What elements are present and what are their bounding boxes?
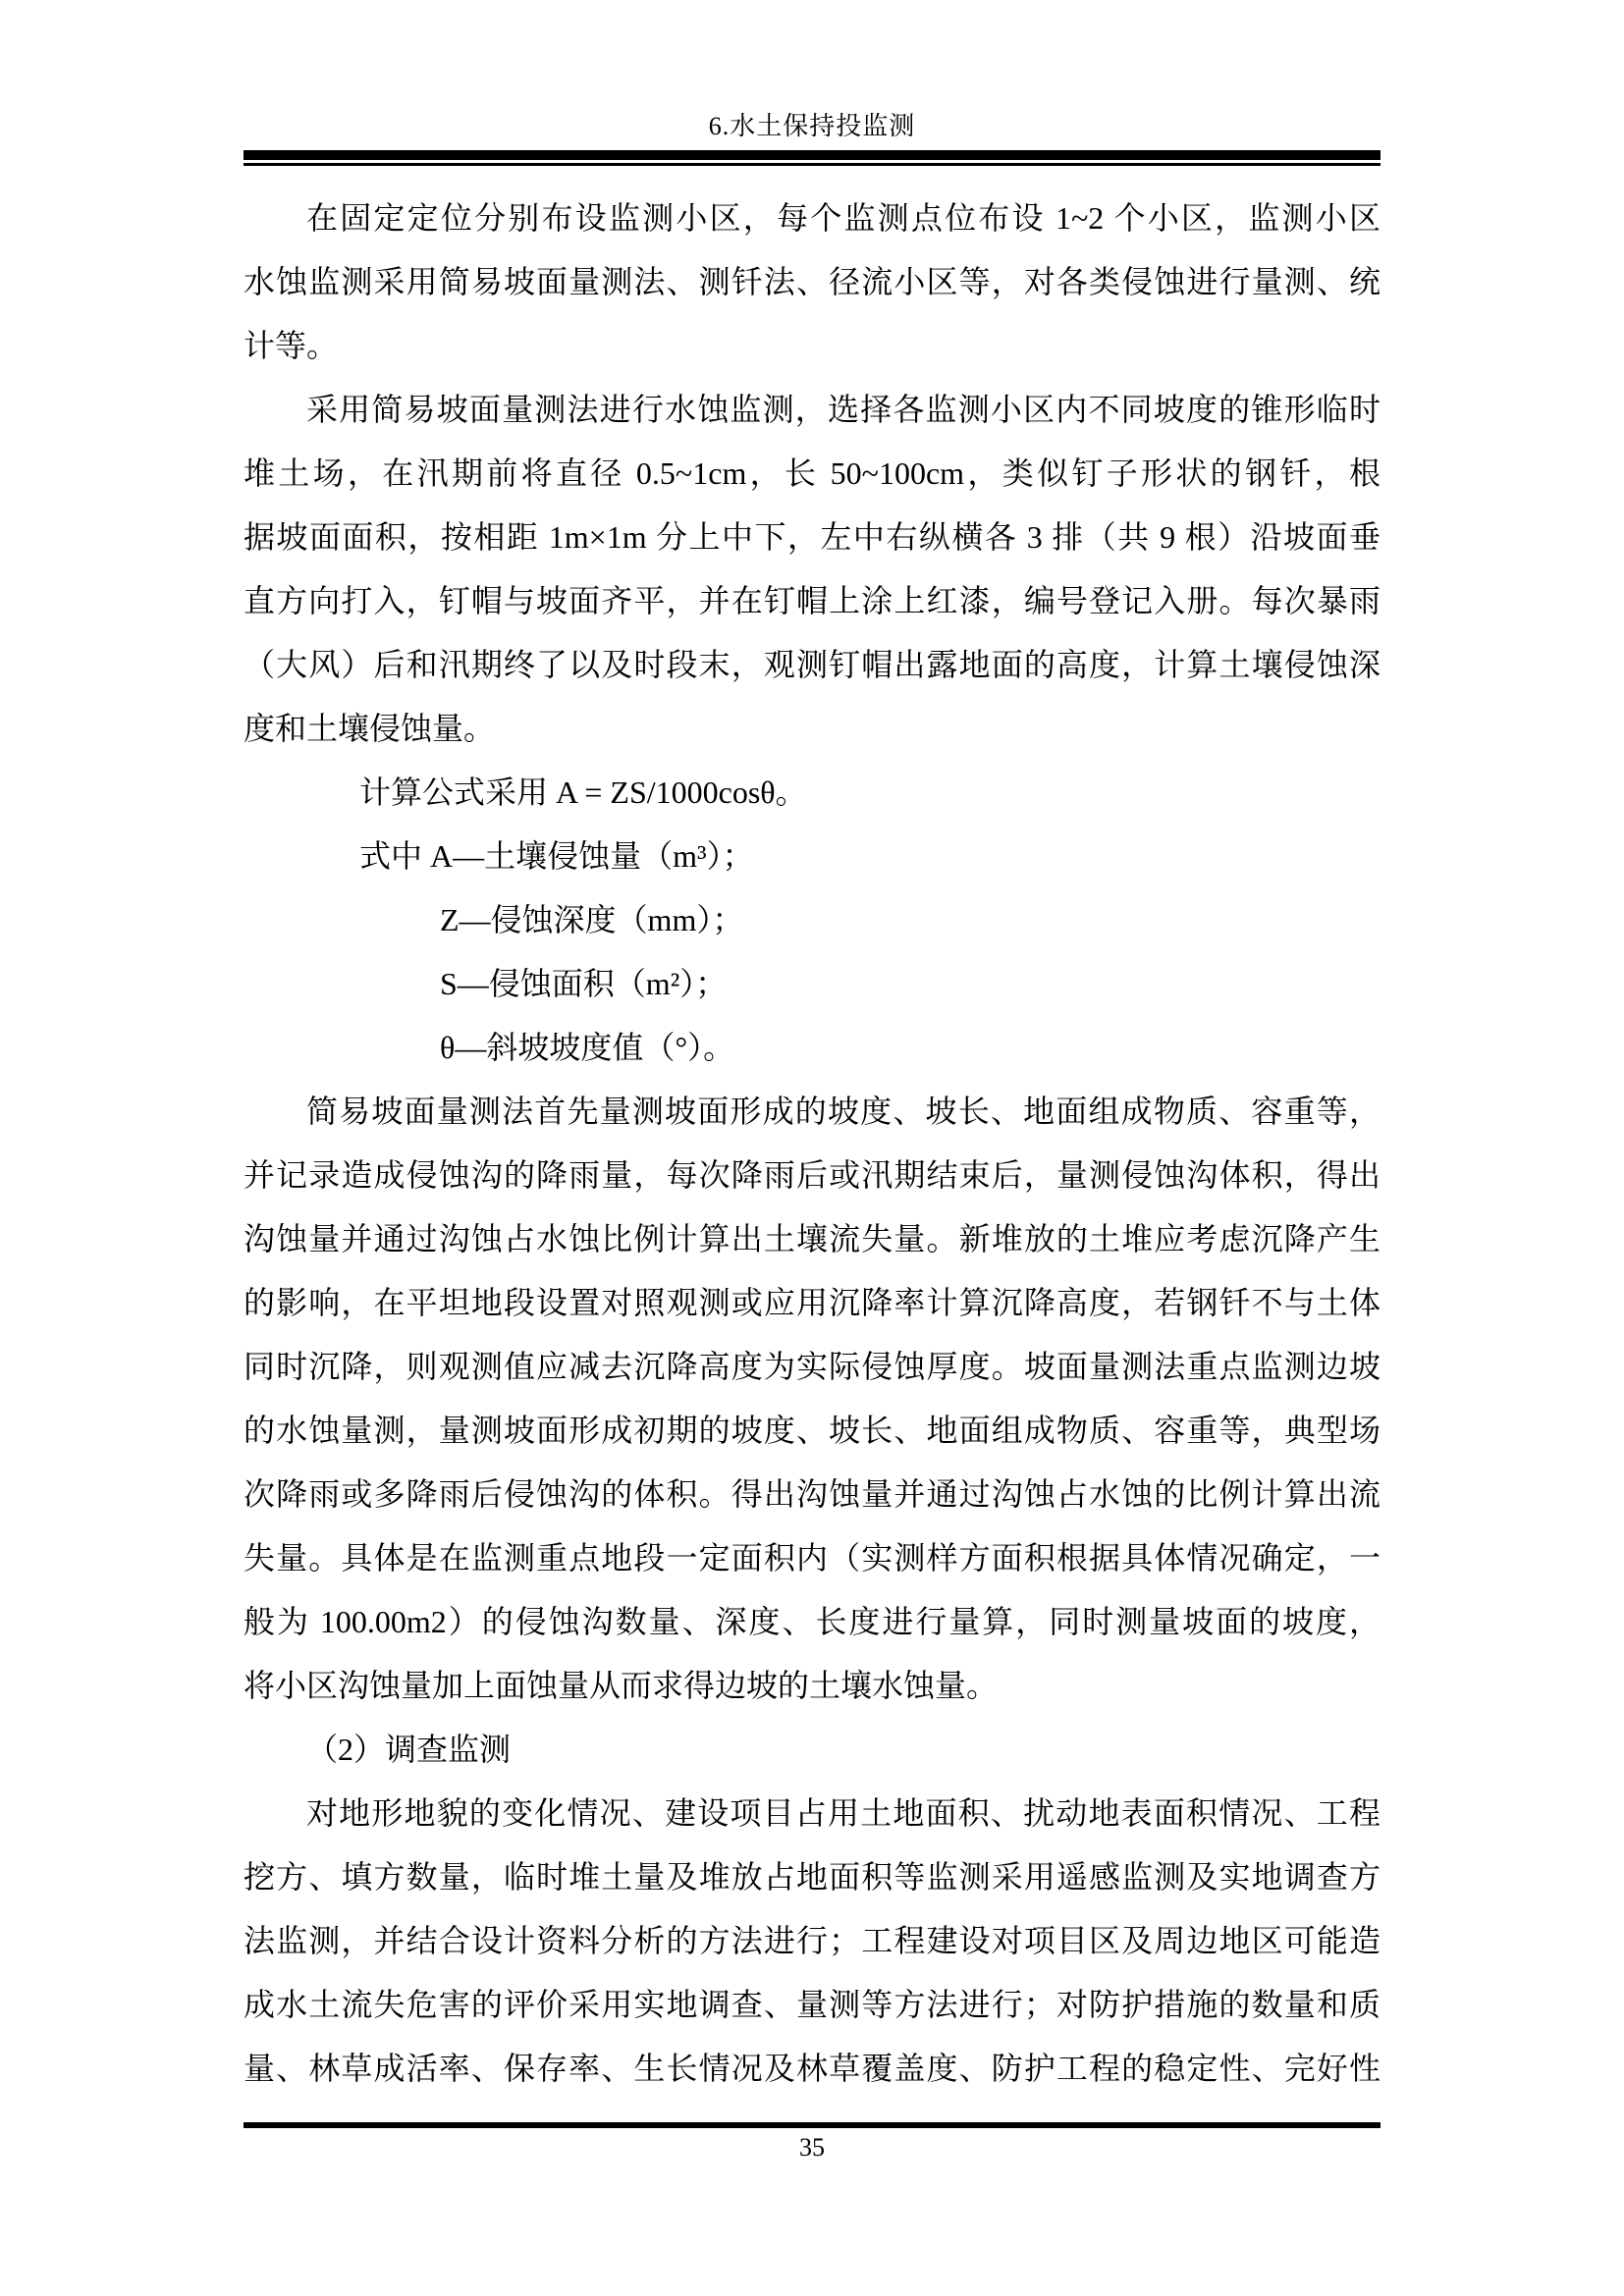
body-line: θ—斜坡坡度值（°）。: [244, 1016, 1380, 1080]
document-page: 6.水土保持投监测 在固定定位分别布设监测小区，每个监测点位布设 1~2 个小区…: [0, 0, 1624, 2296]
body-line: 沟蚀量并通过沟蚀占水蚀比例计算出土壤流失量。新堆放的土堆应考虑沉降产生: [244, 1207, 1380, 1271]
body-line: S—侵蚀面积（m²）；: [244, 952, 1380, 1016]
body-line: 的影响，在平坦地段设置对照观测或应用沉降率计算沉降高度，若钢钎不与土体: [244, 1271, 1380, 1335]
body-line: 水蚀监测采用简易坡面量测法、测钎法、径流小区等，对各类侵蚀进行量测、统: [244, 250, 1380, 314]
body-line: 法监测，并结合设计资料分析的方法进行；工程建设对项目区及周边地区可能造: [244, 1909, 1380, 1973]
body-line: 将小区沟蚀量加上面蚀量从而求得边坡的土壤水蚀量。: [244, 1654, 1380, 1718]
body-line: 失量。具体是在监测重点地段一定面积内（实测样方面积根据具体情况确定，一: [244, 1526, 1380, 1590]
footer-rule: [244, 2122, 1380, 2128]
body-line: （大风）后和汛期终了以及时段末，观测钉帽出露地面的高度，计算土壤侵蚀深: [244, 633, 1380, 697]
body-line: 对地形地貌的变化情况、建设项目占用土地面积、扰动地表面积情况、工程: [244, 1782, 1380, 1845]
header-rule-thick: [244, 150, 1380, 160]
body-line: 次降雨或多降雨后侵蚀沟的体积。得出沟蚀量并通过沟蚀占水蚀的比例计算出流: [244, 1463, 1380, 1526]
body-line: 计等。: [244, 314, 1380, 378]
page-number: 35: [0, 2132, 1624, 2163]
page-header-title: 6.水土保持投监测: [0, 110, 1624, 143]
body-line: 量、林草成活率、保存率、生长情况及林草覆盖度、防护工程的稳定性、完好性: [244, 2037, 1380, 2101]
body-line: 挖方、填方数量，临时堆土量及堆放占地面积等监测采用遥感监测及实地调查方: [244, 1845, 1380, 1909]
body-line: 的水蚀量测，量测坡面形成初期的坡度、坡长、地面组成物质、容重等，典型场: [244, 1399, 1380, 1463]
body-line: 采用简易坡面量测法进行水蚀监测，选择各监测小区内不同坡度的锥形临时: [244, 378, 1380, 442]
body-line: 在固定定位分别布设监测小区，每个监测点位布设 1~2 个小区，监测小区: [244, 187, 1380, 250]
body-line: 同时沉降，则观测值应减去沉降高度为实际侵蚀厚度。坡面量测法重点监测边坡: [244, 1335, 1380, 1399]
body-line: （2）调查监测: [244, 1718, 1380, 1782]
body-line: Z—侵蚀深度（mm）；: [244, 888, 1380, 952]
body-line: 据坡面面积，按相距 1m×1m 分上中下，左中右纵横各 3 排（共 9 根）沿坡…: [244, 506, 1380, 569]
body-line: 成水土流失危害的评价采用实地调查、量测等方法进行；对防护措施的数量和质: [244, 1973, 1380, 2037]
body-line: 堆土场，在汛期前将直径 0.5~1cm，长 50~100cm，类似钉子形状的钢钎…: [244, 442, 1380, 506]
body-line: 度和土壤侵蚀量。: [244, 697, 1380, 761]
body-line: 般为 100.00m2）的侵蚀沟数量、深度、长度进行量算，同时测量坡面的坡度，: [244, 1590, 1380, 1654]
body-line: 并记录造成侵蚀沟的降雨量，每次降雨后或汛期结束后，量测侵蚀沟体积，得出: [244, 1144, 1380, 1207]
header-rule-thin: [244, 163, 1380, 166]
document-body: 在固定定位分别布设监测小区，每个监测点位布设 1~2 个小区，监测小区水蚀监测采…: [244, 187, 1380, 2101]
body-line: 直方向打入，钉帽与坡面齐平，并在钉帽上涂上红漆，编号登记入册。每次暴雨: [244, 569, 1380, 633]
body-line: 简易坡面量测法首先量测坡面形成的坡度、坡长、地面组成物质、容重等，: [244, 1080, 1380, 1144]
body-line: 式中 A—土壤侵蚀量（m³）；: [244, 825, 1380, 888]
body-line: 计算公式采用 A = ZS/1000cosθ。: [244, 761, 1380, 825]
